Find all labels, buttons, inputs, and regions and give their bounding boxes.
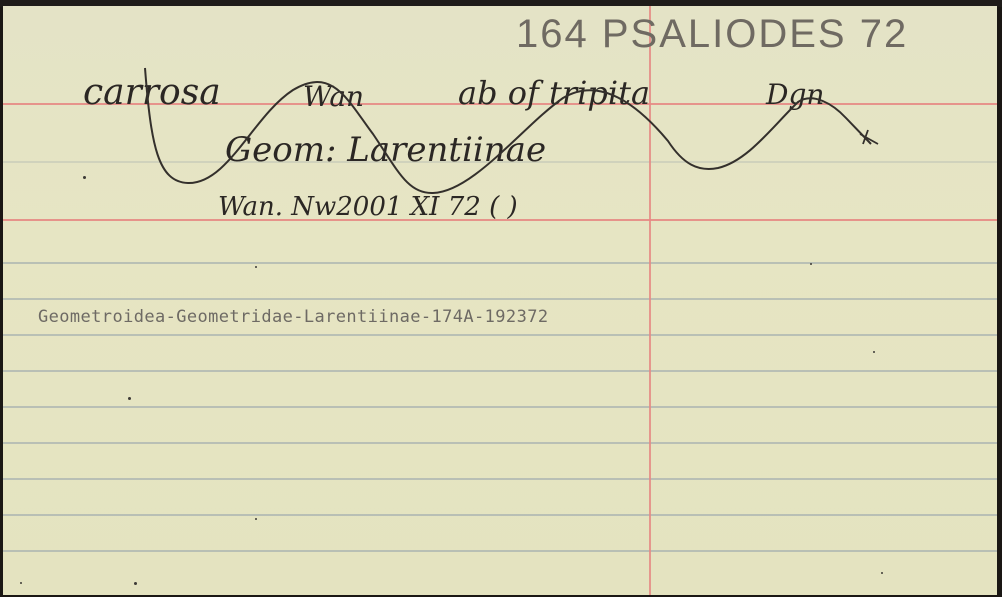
wavy-strike-annotation-icon: [3, 6, 997, 595]
speck: [881, 572, 883, 574]
speck: [83, 176, 86, 179]
speck: [255, 266, 257, 268]
speck: [134, 582, 137, 585]
speck: [128, 397, 131, 400]
speck: [20, 582, 22, 584]
speck: [873, 351, 875, 353]
speck: [810, 263, 812, 265]
speck: [255, 518, 257, 520]
index-card: 164 PSALIODES 72 carrosa Wan ab of tripi…: [3, 6, 997, 595]
